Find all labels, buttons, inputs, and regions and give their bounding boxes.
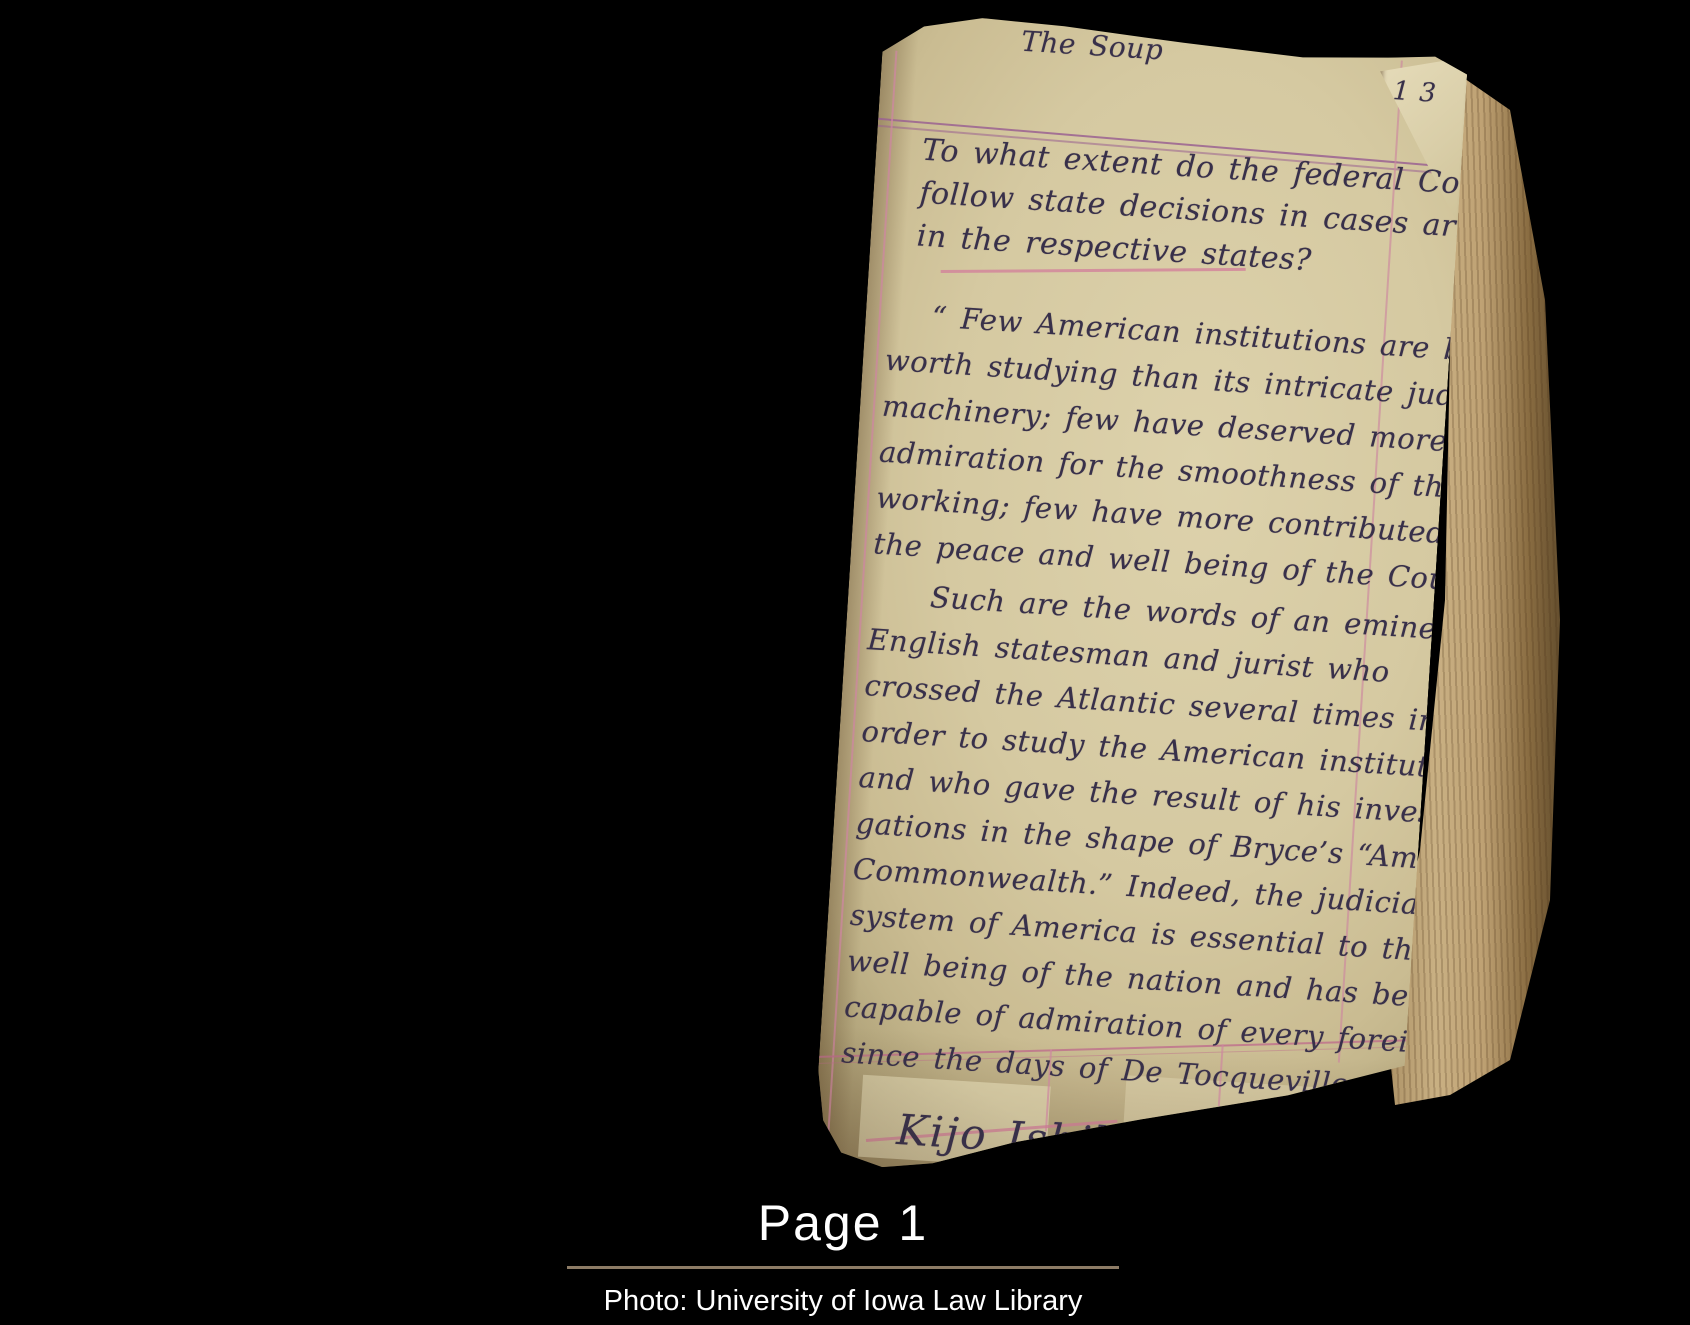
caption-divider [567, 1266, 1119, 1269]
page-label: Page 1 [567, 1194, 1119, 1252]
page-header-note: The Soup [1020, 25, 1164, 67]
caption-block: Page 1 Photo: University of Iowa Law Lib… [567, 1194, 1119, 1318]
quote-paragraph: “ Few American institutions are betterwo… [872, 297, 1547, 614]
page-number: 13 [1392, 76, 1447, 109]
manuscript-page-photo: The Soup 13 To what extent do the federa… [812, 10, 1468, 1199]
author-signature: Kijo Ishikawa [895, 1105, 1214, 1174]
photo-credit: Photo: University of Iowa Law Library [567, 1285, 1119, 1318]
screenshot-root: { "photo": { "header_note": "The Soup", … [0, 0, 1690, 1325]
